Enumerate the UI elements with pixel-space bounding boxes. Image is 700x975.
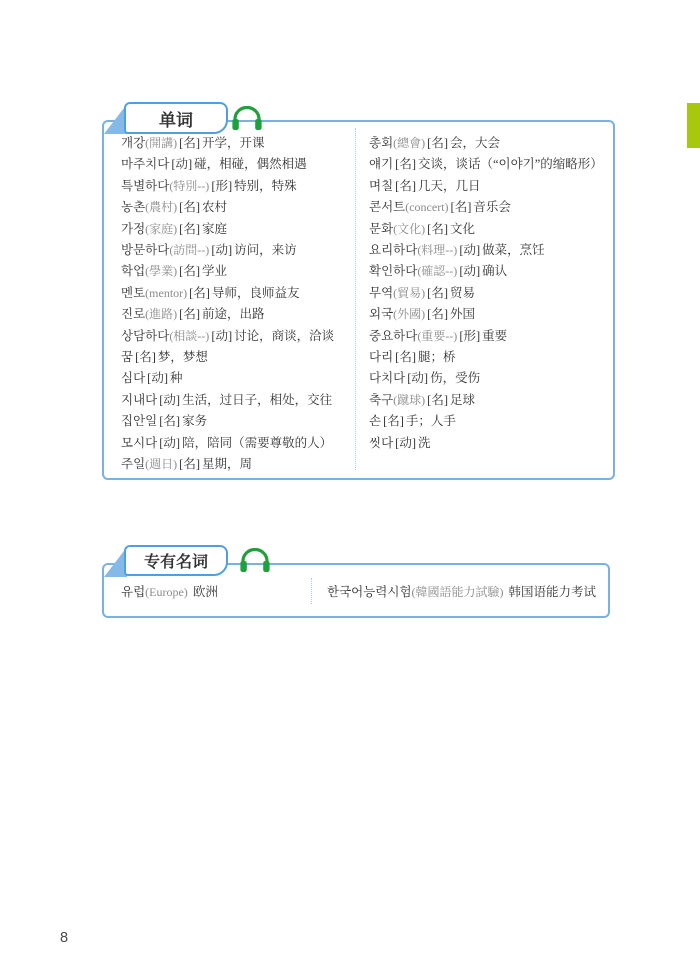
vocab-entry: 외국(外國)[名]外国 <box>369 304 613 325</box>
chinese-gloss: 家庭 <box>202 222 227 236</box>
pos-tag: [动] <box>171 157 192 171</box>
vocab-entry: 멘토(mentor)[名]导师，良师益友 <box>121 283 355 304</box>
page-number: 8 <box>60 930 68 946</box>
chinese-gloss: 腿；桥 <box>418 350 456 364</box>
chinese-gloss: 交谈，谈话（“이야기”的缩略形） <box>418 157 603 171</box>
korean-word: 학업 <box>121 264 145 278</box>
pos-tag: [名] <box>427 136 448 150</box>
korean-word: 다치다 <box>369 371 405 385</box>
chinese-gloss: 做菜，烹饪 <box>482 243 545 257</box>
pos-tag: [名] <box>395 350 416 364</box>
korean-word: 상담하다 <box>121 329 169 343</box>
pos-tag: [名] <box>383 414 404 428</box>
chinese-gloss: 陪，陪同（需要尊敬的人） <box>182 436 332 450</box>
korean-word: 진로 <box>121 307 145 321</box>
korean-word: 농촌 <box>121 200 145 214</box>
vocab-entry: 며칠[名]几天，几日 <box>369 176 613 197</box>
pos-tag: [名] <box>427 307 448 321</box>
chinese-gloss: 特别，特殊 <box>234 179 297 193</box>
word-origin: (進路) <box>145 307 177 321</box>
chinese-gloss: 重要 <box>482 329 507 343</box>
chinese-gloss: 韩国语能力考试 <box>509 585 597 599</box>
word-origin: (外國) <box>393 307 425 321</box>
korean-word: 확인하다 <box>369 264 417 278</box>
vocab-entry: 다리[名]腿；桥 <box>369 347 613 368</box>
vocab-entry: 모시다[动]陪，陪同（需要尊敬的人） <box>121 433 355 454</box>
korean-word: 모시다 <box>121 436 157 450</box>
section-tab-label: 专有名词 <box>144 549 208 572</box>
word-origin: (重要--) <box>417 329 457 343</box>
korean-word: 얘기 <box>369 157 393 171</box>
korean-word: 가정 <box>121 222 145 236</box>
vocab-entry: 주일(週日)[名]星期，周 <box>121 454 355 475</box>
pos-tag: [名] <box>427 286 448 300</box>
pos-tag: [动] <box>147 371 168 385</box>
korean-word: 무역 <box>369 286 393 300</box>
korean-word: 개강 <box>121 136 145 150</box>
chinese-gloss: 洗 <box>418 436 431 450</box>
vocab-entry: 진로(進路)[名]前途，出路 <box>121 304 355 325</box>
chinese-gloss: 足球 <box>450 393 475 407</box>
pos-tag: [名] <box>395 157 416 171</box>
vocab-entry: 농촌(農村)[名]农村 <box>121 197 355 218</box>
chinese-gloss: 音乐会 <box>473 200 511 214</box>
word-origin: (訪問--) <box>169 243 209 257</box>
pos-tag: [名] <box>179 457 200 471</box>
word-origin: (開講) <box>145 136 177 150</box>
chinese-gloss: 导师，良师益友 <box>212 286 300 300</box>
chinese-gloss: 外国 <box>450 307 475 321</box>
korean-word: 지내다 <box>121 393 157 407</box>
korean-word: 축구 <box>369 393 393 407</box>
chinese-gloss: 文化 <box>450 222 475 236</box>
headphones-icon <box>230 106 264 132</box>
pos-tag: [名] <box>395 179 416 193</box>
word-origin: (學業) <box>145 264 177 278</box>
vocab-entry: 축구(蹴球)[名]足球 <box>369 390 613 411</box>
chinese-gloss: 手；人手 <box>406 414 456 428</box>
chinese-gloss: 欧洲 <box>193 585 218 599</box>
korean-word: 마주치다 <box>121 157 169 171</box>
chinese-gloss: 开学，开课 <box>202 136 265 150</box>
word-origin: (mentor) <box>145 286 187 300</box>
word-origin: (農村) <box>145 200 177 214</box>
chinese-gloss: 星期，周 <box>202 457 252 471</box>
word-origin: (相談--) <box>169 329 209 343</box>
pos-tag: [动] <box>459 264 480 278</box>
chinese-gloss: 前途，出路 <box>202 307 265 321</box>
vocab-entry: 손[名]手；人手 <box>369 411 613 432</box>
chinese-gloss: 伤，受伤 <box>430 371 480 385</box>
chinese-gloss: 几天，几日 <box>418 179 481 193</box>
chinese-gloss: 学业 <box>202 264 227 278</box>
vocab-entry: 중요하다(重要--)[形]重要 <box>369 326 613 347</box>
vocab-entry: 콘서트(concert)[名]音乐会 <box>369 197 613 218</box>
chinese-gloss: 会，大会 <box>450 136 500 150</box>
pos-tag: [动] <box>459 243 480 257</box>
word-origin: (Europe) <box>145 585 188 599</box>
vocab-entry: 개강(開講)[名]开学，开课 <box>121 133 355 154</box>
word-origin: (貿易) <box>393 286 425 300</box>
proper-noun-entry: 한국어능력시험(韓國語能力試驗)韩国语能力考试 <box>312 582 596 600</box>
word-origin: (確認--) <box>417 264 457 278</box>
vocab-entry: 다치다[动]伤，受伤 <box>369 368 613 389</box>
word-column-right: 총회(總會)[名]会，大会 얘기[名]交谈，谈话（“이야기”的缩略形） 며칠[名… <box>356 122 613 478</box>
korean-word: 며칠 <box>369 179 393 193</box>
korean-word: 손 <box>369 414 381 428</box>
korean-word: 한국어능력시험 <box>327 585 412 599</box>
chinese-gloss: 生活，过日子，相处，交往 <box>182 393 332 407</box>
vocab-entry: 총회(總會)[名]会，大会 <box>369 133 613 154</box>
vocab-entry: 무역(貿易)[名]贸易 <box>369 283 613 304</box>
pos-tag: [名] <box>179 200 200 214</box>
pos-tag: [动] <box>159 436 180 450</box>
korean-word: 꿈 <box>121 350 133 364</box>
pos-tag: [动] <box>211 329 232 343</box>
word-section: 单词 개강(開講)[名]开学，开课 마주치다[动]碰，相碰，偶然相遇 특별하다(… <box>102 102 615 480</box>
vocab-entry: 학업(學業)[名]学业 <box>121 261 355 282</box>
korean-word: 중요하다 <box>369 329 417 343</box>
vocab-entry: 지내다[动]生活，过日子，相处，交往 <box>121 390 355 411</box>
pos-tag: [名] <box>179 264 200 278</box>
vocab-entry: 특별하다(特別--)[形]特别，特殊 <box>121 176 355 197</box>
headphones-icon <box>238 548 272 574</box>
pos-tag: [名] <box>189 286 210 300</box>
pos-tag: [名] <box>179 222 200 236</box>
chinese-gloss: 农村 <box>202 200 227 214</box>
pos-tag: [名] <box>427 222 448 236</box>
word-origin: (蹴球) <box>393 393 425 407</box>
korean-word: 씻다 <box>369 436 393 450</box>
pos-tag: [名] <box>451 200 472 214</box>
pos-tag: [名] <box>427 393 448 407</box>
korean-word: 특별하다 <box>121 179 169 193</box>
vocab-entry: 집안일[名]家务 <box>121 411 355 432</box>
chinese-gloss: 确认 <box>482 264 507 278</box>
pos-tag: [名] <box>179 136 200 150</box>
chapter-edge-tab <box>687 103 700 148</box>
vocab-entry: 문화(文化)[名]文化 <box>369 219 613 240</box>
vocab-entry: 꿈[名]梦，梦想 <box>121 347 355 368</box>
korean-word: 요리하다 <box>369 243 417 257</box>
vocab-entry: 요리하다(料理--)[动]做菜，烹饪 <box>369 240 613 261</box>
korean-word: 콘서트 <box>369 200 405 214</box>
section-tab-proper-nouns: 专有名词 <box>124 545 228 576</box>
pos-tag: [动] <box>395 436 416 450</box>
pos-tag: [名] <box>135 350 156 364</box>
vocab-entry: 방문하다(訪問--)[动]访问，来访 <box>121 240 355 261</box>
vocab-entry: 확인하다(確認--)[动]确认 <box>369 261 613 282</box>
word-origin: (週日) <box>145 457 177 471</box>
korean-word: 총회 <box>369 136 393 150</box>
pos-tag: [动] <box>407 371 428 385</box>
chinese-gloss: 家务 <box>182 414 207 428</box>
proper-noun-section: 专有名词 유럽(Europe)欧洲 한국어능력시험(韓國語能力試驗)韩国语能力考… <box>102 545 610 618</box>
korean-word: 심다 <box>121 371 145 385</box>
proper-noun-entry: 유럽(Europe)欧洲 <box>121 582 311 600</box>
pos-tag: [动] <box>159 393 180 407</box>
pos-tag: [动] <box>211 243 232 257</box>
vocab-entry: 가정(家庭)[名]家庭 <box>121 219 355 240</box>
word-origin: (家庭) <box>145 222 177 236</box>
korean-word: 유럽 <box>121 585 145 599</box>
vocab-entry: 심다[动]种 <box>121 368 355 389</box>
korean-word: 방문하다 <box>121 243 169 257</box>
word-origin: (總會) <box>393 136 425 150</box>
word-origin: (韓國語能力試驗) <box>412 585 504 599</box>
pos-tag: [形] <box>459 329 480 343</box>
vocab-entry: 마주치다[动]碰，相碰，偶然相遇 <box>121 154 355 175</box>
chinese-gloss: 碰，相碰，偶然相遇 <box>194 157 307 171</box>
chinese-gloss: 贸易 <box>450 286 475 300</box>
korean-word: 다리 <box>369 350 393 364</box>
korean-word: 주일 <box>121 457 145 471</box>
chinese-gloss: 种 <box>170 371 183 385</box>
section-tab-words: 单词 <box>124 102 228 134</box>
word-origin: (特別--) <box>169 179 209 193</box>
vocab-entry: 얘기[名]交谈，谈话（“이야기”的缩略形） <box>369 154 613 175</box>
word-origin: (料理--) <box>417 243 457 257</box>
korean-word: 집안일 <box>121 414 157 428</box>
vocab-entry: 상담하다(相談--)[动]讨论，商谈，洽谈 <box>121 326 355 347</box>
pos-tag: [名] <box>159 414 180 428</box>
word-column-left: 개강(開講)[名]开学，开课 마주치다[动]碰，相碰，偶然相遇 특별하다(特別-… <box>104 122 355 478</box>
vocab-entry: 씻다[动]洗 <box>369 433 613 454</box>
chinese-gloss: 访问，来访 <box>234 243 297 257</box>
chinese-gloss: 讨论，商谈，洽谈 <box>234 329 334 343</box>
word-origin: (文化) <box>393 222 425 236</box>
korean-word: 문화 <box>369 222 393 236</box>
word-origin: (concert) <box>405 200 448 214</box>
korean-word: 외국 <box>369 307 393 321</box>
pos-tag: [名] <box>179 307 200 321</box>
chinese-gloss: 梦，梦想 <box>158 350 208 364</box>
korean-word: 멘토 <box>121 286 145 300</box>
section-tab-label: 单词 <box>159 106 193 131</box>
pos-tag: [形] <box>211 179 232 193</box>
word-box: 개강(開講)[名]开学，开课 마주치다[动]碰，相碰，偶然相遇 특별하다(特別-… <box>102 120 615 480</box>
